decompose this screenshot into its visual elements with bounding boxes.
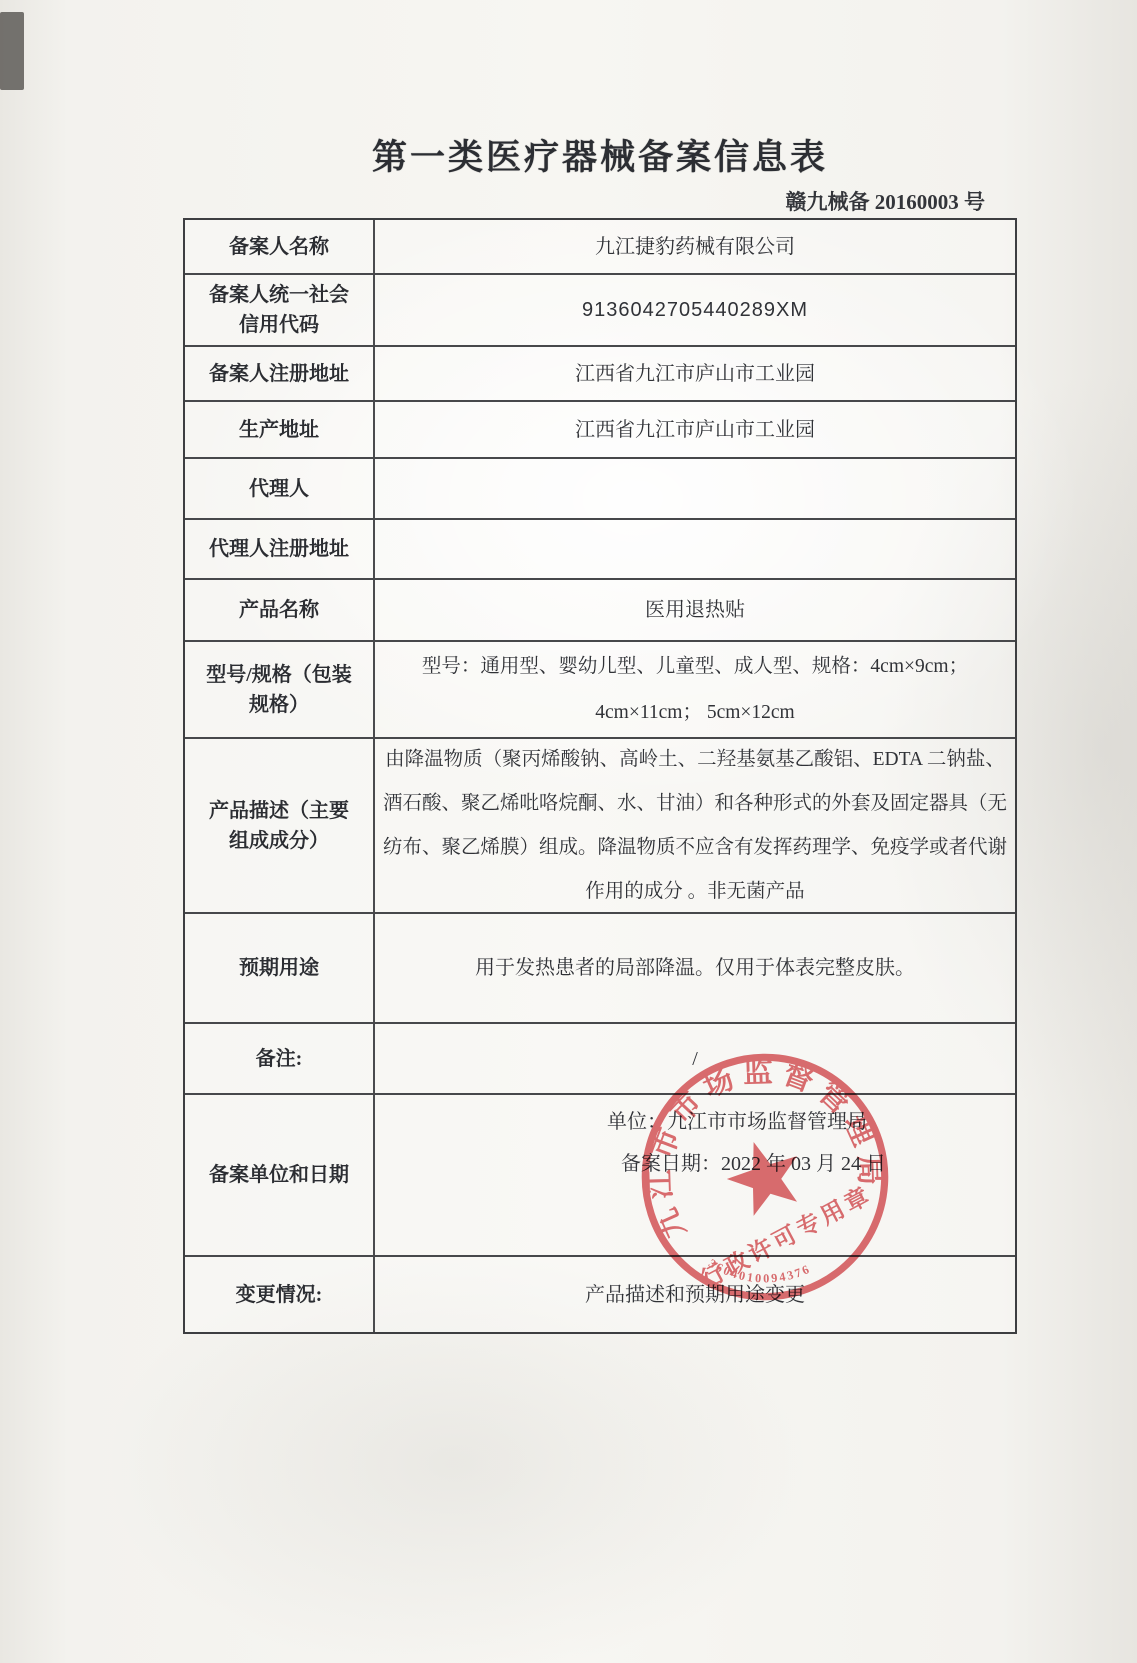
filing-number: 赣九械备 20160003 号 — [183, 186, 985, 216]
row-label: 备案单位和日期 — [185, 1095, 375, 1255]
row-value: 用于发热患者的局部降温。仅用于体表完整皮肤。 — [375, 914, 1015, 1022]
row-label: 备案人注册地址 — [185, 347, 375, 400]
row-label: 型号/规格（包装规格） — [185, 642, 375, 737]
table-row: 型号/规格（包装规格） 型号：通用型、婴幼儿型、儿童型、成人型、规格：4cm×9… — [185, 642, 1015, 739]
table-row: 生产地址 江西省九江市庐山市工业园 — [185, 402, 1015, 459]
filing-unit-line: 单位：九江市市场监督管理局 — [607, 1101, 867, 1143]
page-title: 第一类医疗器械备案信息表 — [183, 130, 1017, 180]
scan-artifact — [0, 12, 24, 90]
row-value: / — [375, 1024, 1015, 1093]
table-row: 代理人 — [185, 459, 1015, 520]
row-label: 产品描述（主要组成成分） — [185, 739, 375, 912]
table-row: 产品描述（主要组成成分） 由降温物质（聚丙烯酸钠、高岭土、二羟基氨基乙酸铝、ED… — [185, 739, 1015, 914]
table-row: 备案人名称 九江捷豹药械有限公司 — [185, 220, 1015, 275]
row-value: 型号：通用型、婴幼儿型、儿童型、成人型、规格：4cm×9cm；4cm×11cm；… — [375, 642, 1015, 737]
table-row: 备案人注册地址 江西省九江市庐山市工业园 — [185, 347, 1015, 402]
row-value: 江西省九江市庐山市工业园 — [375, 347, 1015, 400]
row-value — [375, 520, 1015, 578]
row-value: 江西省九江市庐山市工业园 — [375, 402, 1015, 457]
row-value: 9136042705440289XM — [375, 275, 1015, 345]
scanned-document-page: 第一类医疗器械备案信息表 赣九械备 20160003 号 备案人名称 九江捷豹药… — [0, 0, 1137, 1663]
table-row: 产品名称 医用退热贴 — [185, 580, 1015, 642]
table-row: 备案人统一社会信用代码 9136042705440289XM — [185, 275, 1015, 347]
row-label: 代理人注册地址 — [185, 520, 375, 578]
table-row: 备注: / — [185, 1024, 1015, 1095]
row-label: 产品名称 — [185, 580, 375, 640]
row-label: 生产地址 — [185, 402, 375, 457]
filing-info-table: 备案人名称 九江捷豹药械有限公司 备案人统一社会信用代码 91360427054… — [183, 218, 1017, 1334]
row-label: 备案人统一社会信用代码 — [185, 275, 375, 345]
table-row: 预期用途 用于发热患者的局部降温。仅用于体表完整皮肤。 — [185, 914, 1015, 1024]
row-value — [375, 459, 1015, 518]
row-value: 由降温物质（聚丙烯酸钠、高岭土、二羟基氨基乙酸铝、EDTA 二钠盐、酒石酸、聚乙… — [375, 739, 1015, 912]
row-value: 单位：九江市市场监督管理局 备案日期：2022 年 03 月 24 日 — [375, 1095, 1015, 1255]
row-label: 备案人名称 — [185, 220, 375, 273]
table-row: 代理人注册地址 — [185, 520, 1015, 580]
row-label: 变更情况: — [185, 1257, 375, 1332]
table-row: 备案单位和日期 单位：九江市市场监督管理局 备案日期：2022 年 03 月 2… — [185, 1095, 1015, 1257]
row-value: 九江捷豹药械有限公司 — [375, 220, 1015, 273]
table-row: 变更情况: 产品描述和预期用途变更 — [185, 1257, 1015, 1332]
row-value: 医用退热贴 — [375, 580, 1015, 640]
row-label: 代理人 — [185, 459, 375, 518]
row-label: 预期用途 — [185, 914, 375, 1022]
row-value: 产品描述和预期用途变更 — [375, 1257, 1015, 1332]
filing-date-line: 备案日期：2022 年 03 月 24 日 — [607, 1143, 886, 1185]
row-label: 备注: — [185, 1024, 375, 1093]
